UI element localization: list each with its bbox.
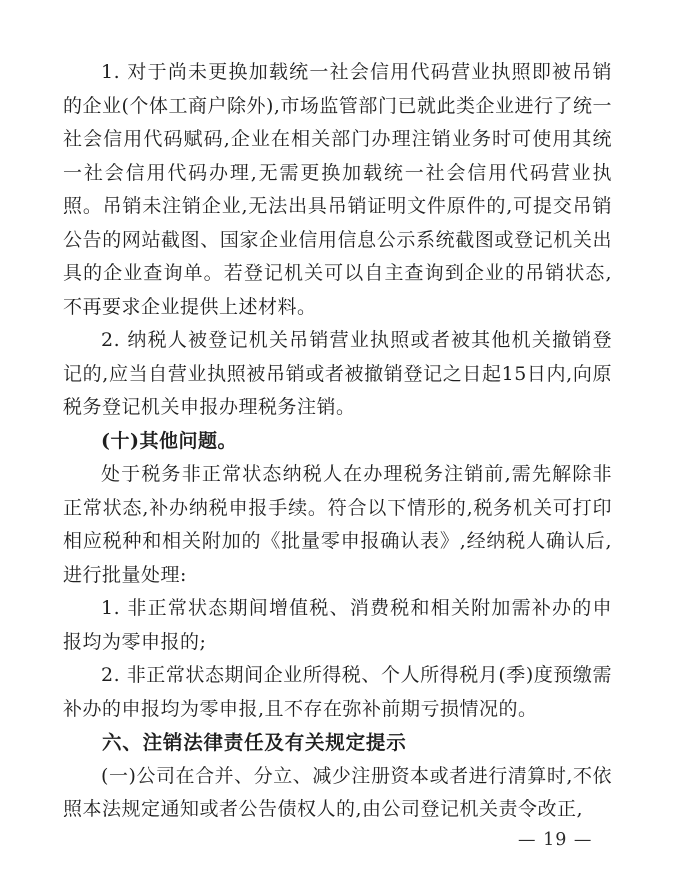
paragraph-company-merger-division: (一)公司在合并、分立、减少注册资本或者进行清算时,不依照本法规定通知或者公告债… <box>63 760 612 827</box>
paragraph-item-1-zero-filing-vat: 1. 非正常状态期间增值税、消费税和相关附加需补办的申报均为零申报的; <box>63 592 612 659</box>
subheading-other-issues: (十)其他问题。 <box>63 425 612 459</box>
section-heading-legal-liability: 六、注销法律责任及有关规定提示 <box>63 726 612 760</box>
document-page: 1. 对于尚未更换加载统一社会信用代码营业执照即被吊销的企业(个体工商户除外),… <box>0 0 678 883</box>
paragraph-item-2-zero-filing-income-tax: 2. 非正常状态期间企业所得税、个人所得税月(季)度预缴需补办的申报均为零申报,… <box>63 659 612 726</box>
page-number: — 19 — <box>518 830 588 850</box>
document-body: 1. 对于尚未更换加载统一社会信用代码营业执照即被吊销的企业(个体工商户除外),… <box>63 56 612 827</box>
paragraph-taxpayer-revoked-registration: 2. 纳税人被登记机关吊销营业执照或者被其他机关撤销登记的,应当自营业执照被吊销… <box>63 324 612 425</box>
paragraph-suspended-license-enterprises: 1. 对于尚未更换加载统一社会信用代码营业执照即被吊销的企业(个体工商户除外),… <box>63 56 612 324</box>
paragraph-abnormal-tax-status: 处于税务非正常状态纳税人在办理税务注销前,需先解除非正常状态,补办纳税申报手续。… <box>63 458 612 592</box>
